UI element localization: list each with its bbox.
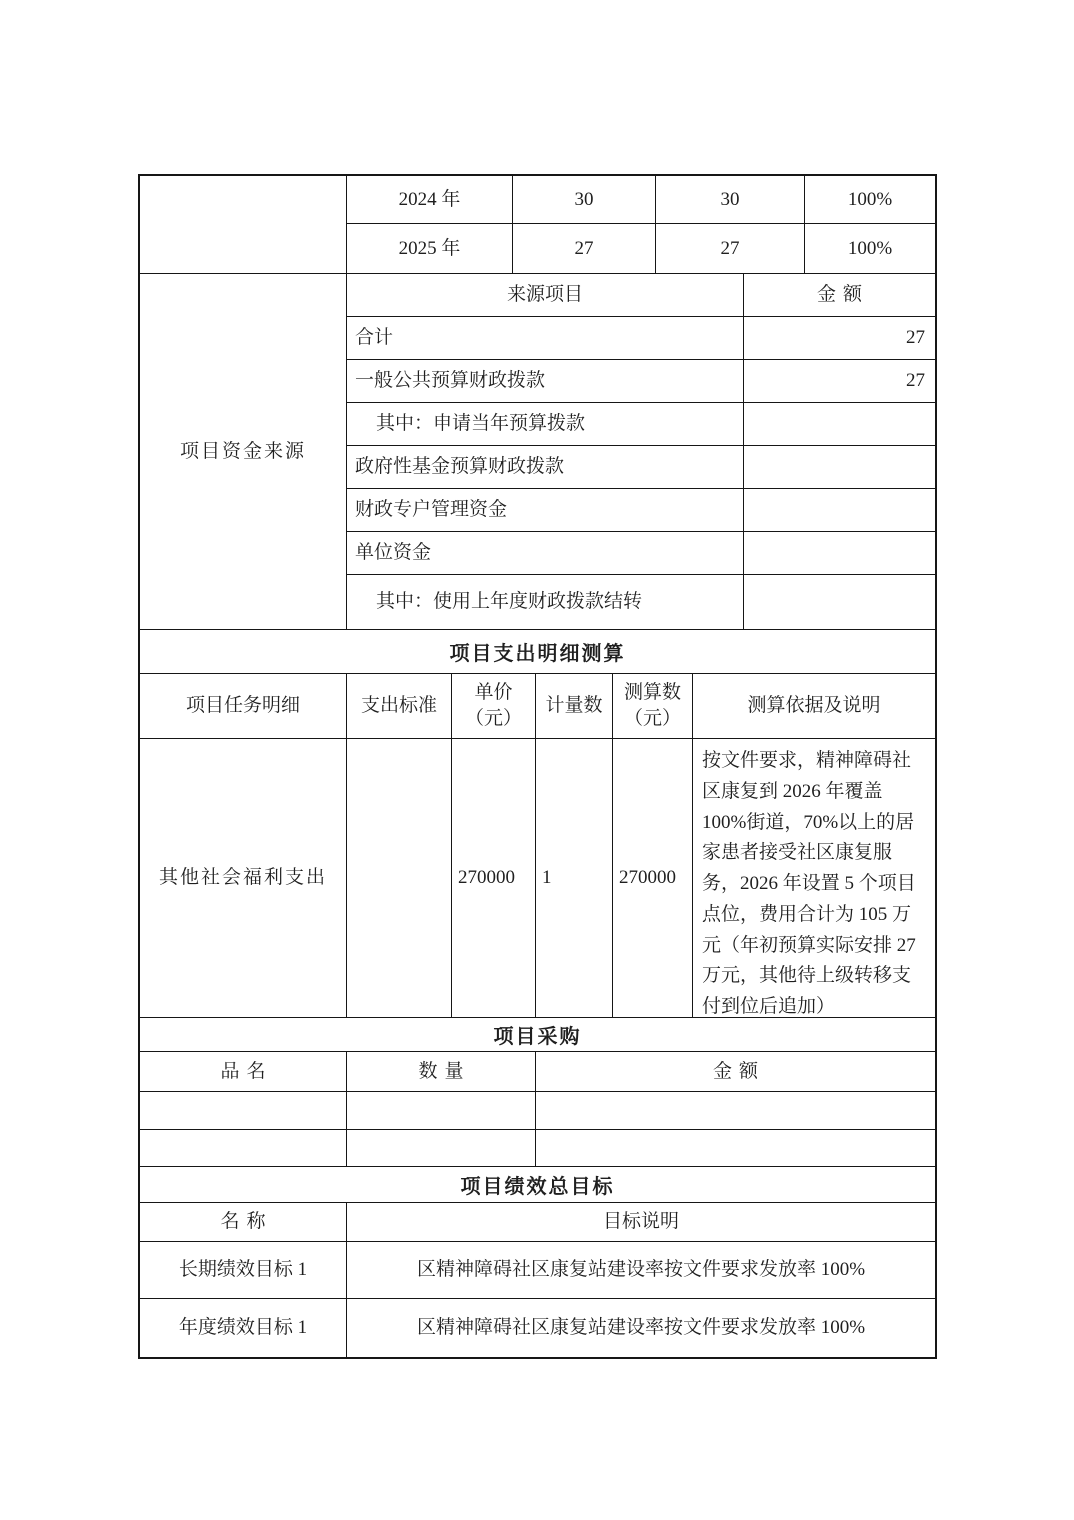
- target-name-cell: 长期绩效目标 1: [140, 1242, 347, 1299]
- funding-row-label: 合计: [347, 317, 744, 360]
- funding-row-amount: [744, 403, 935, 446]
- funding-source-section: 项目资金来源 来源项目 金额 合计 27 一般公共预算财政拨款 27 其中：申请…: [140, 274, 935, 630]
- quantity-cell: [347, 1092, 536, 1130]
- target-name-cell: 年度绩效目标 1: [140, 1299, 347, 1357]
- funding-row-amount: [744, 575, 935, 630]
- budget-table: 2024 年 30 30 100% 2025 年 27 27 100% 项目资金…: [138, 174, 937, 1359]
- performance-table: 名称 目标说明 长期绩效目标 1 区精神障碍社区康复站建设率按文件要求发放率 1…: [140, 1203, 935, 1357]
- task-detail-header: 项目任务明细: [140, 674, 347, 739]
- funding-row-label: 其中：申请当年预算拨款: [347, 403, 744, 446]
- amount-cell: [536, 1092, 935, 1130]
- rate-cell: 100%: [805, 176, 935, 224]
- funding-source-row-label: 项目资金来源: [140, 274, 347, 630]
- expense-detail-section-title: 项目支出明细测算: [140, 630, 935, 674]
- target-name-header: 名称: [140, 1203, 347, 1242]
- actual-value-cell: 30: [656, 176, 805, 224]
- item-name-cell: [140, 1092, 347, 1130]
- planned-value-cell: 27: [513, 224, 656, 274]
- quantity-cell: 1: [536, 739, 613, 1017]
- year-cell: 2025 年: [347, 224, 513, 274]
- funding-row-amount: [744, 532, 935, 575]
- target-description-header: 目标说明: [347, 1203, 935, 1242]
- funding-row-label: 单位资金: [347, 532, 744, 575]
- standard-header: 支出标准: [347, 674, 452, 739]
- procurement-section-title: 项目采购: [140, 1017, 935, 1052]
- performance-section-title: 项目绩效总目标: [140, 1167, 935, 1203]
- funding-row-amount: 27: [744, 360, 935, 403]
- target-description-cell: 区精神障碍社区康复站建设率按文件要求发放率 100%: [347, 1242, 935, 1299]
- basis-header: 测算依据及说明: [693, 674, 935, 739]
- quantity-header: 数量: [347, 1052, 536, 1092]
- basis-cell: 按文件要求，精神障碍社区康复到 2026 年覆盖 100%街道，70%以上的居家…: [693, 739, 935, 1017]
- procurement-table: 品名 数量 金额: [140, 1052, 935, 1167]
- funding-row-label: 一般公共预算财政拨款: [347, 360, 744, 403]
- item-name-cell: [140, 1130, 347, 1167]
- funding-row-label: 财政专户管理资金: [347, 489, 744, 532]
- amount-cell: [536, 1130, 935, 1167]
- year-cell: 2024 年: [347, 176, 513, 224]
- funding-row-label: 其中：使用上年度财政拨款结转: [347, 575, 744, 630]
- quantity-cell: [347, 1130, 536, 1167]
- unit-price-cell: 270000: [452, 739, 536, 1017]
- target-description-cell: 区精神障碍社区康复站建设率按文件要求发放率 100%: [347, 1299, 935, 1357]
- funding-row-amount: [744, 446, 935, 489]
- prior-year-completion-rows: 2024 年 30 30 100% 2025 年 27 27 100%: [140, 176, 935, 274]
- funding-row-amount: [744, 489, 935, 532]
- calc-amount-header: 测算数 （元）: [613, 674, 693, 739]
- task-cell: 其他社会福利支出: [140, 739, 347, 1017]
- amount-header: 金额: [536, 1052, 935, 1092]
- source-item-header: 来源项目: [347, 274, 744, 317]
- document-page: 2024 年 30 30 100% 2025 年 27 27 100% 项目资金…: [0, 0, 1074, 1520]
- expense-detail-table: 项目任务明细 支出标准 单价 （元） 计量数 测算数 （元） 测算依据及说明 其…: [140, 674, 935, 1017]
- empty-spanning-cell: [140, 176, 347, 274]
- standard-cell: [347, 739, 452, 1017]
- planned-value-cell: 30: [513, 176, 656, 224]
- funding-row-label: 政府性基金预算财政拨款: [347, 446, 744, 489]
- quantity-header: 计量数: [536, 674, 613, 739]
- amount-header: 金额: [744, 274, 935, 317]
- calc-amount-cell: 270000: [613, 739, 693, 1017]
- unit-price-header: 单价 （元）: [452, 674, 536, 739]
- funding-row-amount: 27: [744, 317, 935, 360]
- item-name-header: 品名: [140, 1052, 347, 1092]
- rate-cell: 100%: [805, 224, 935, 274]
- actual-value-cell: 27: [656, 224, 805, 274]
